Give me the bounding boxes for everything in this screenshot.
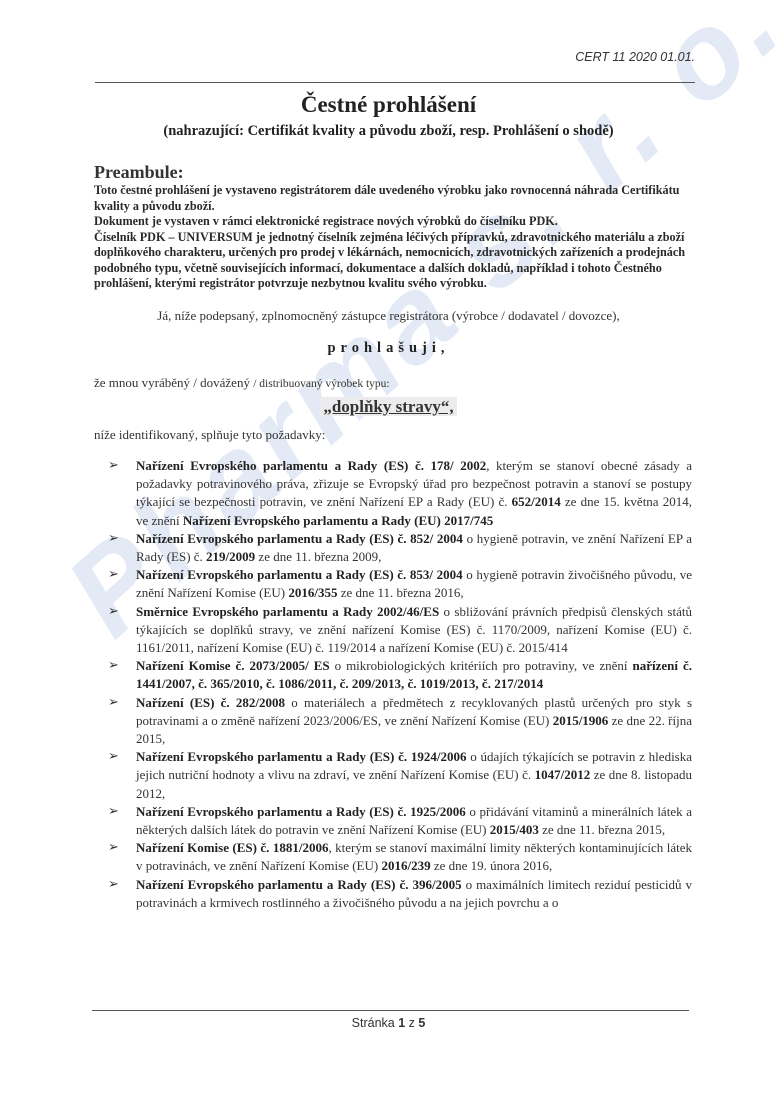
product-line-main: že mnou vyráběný / dovážený bbox=[94, 375, 253, 390]
requirement-regulation: Nařízení Evropského parlamentu a Rady (E… bbox=[136, 531, 463, 546]
requirement-regulation: 1047/2012 bbox=[535, 767, 591, 782]
product-type: „doplňky stravy“, bbox=[0, 397, 777, 417]
requirement-text: ze dne 19. února 2016, bbox=[431, 858, 553, 873]
requirement-regulation: Nařízení (ES) č. 282/2008 bbox=[136, 695, 285, 710]
requirement-item: ➢Nařízení Evropského parlamentu a Rady (… bbox=[108, 566, 692, 602]
requirement-item: ➢Nařízení Evropského parlamentu a Rady (… bbox=[108, 530, 692, 566]
preamble-paragraph: Číselník PDK – UNIVERSUM je jednotný čís… bbox=[94, 230, 714, 292]
preamble-body: Toto čestné prohlášení je vystaveno regi… bbox=[94, 183, 714, 292]
arrow-bullet-icon: ➢ bbox=[108, 803, 119, 821]
product-line-small: / distribuovaný výrobek typu: bbox=[253, 378, 389, 390]
requirements-list: ➢Nařízení Evropského parlamentu a Rady (… bbox=[108, 457, 692, 912]
requirement-regulation: Směrnice Evropského parlamentu a Rady 20… bbox=[136, 604, 439, 619]
product-type-value: „doplňky stravy“, bbox=[320, 397, 456, 416]
page-separator: z bbox=[409, 1016, 415, 1030]
header-divider bbox=[95, 82, 695, 83]
arrow-bullet-icon: ➢ bbox=[108, 694, 119, 712]
requirement-regulation: Nařízení Evropského parlamentu a Rady (E… bbox=[136, 877, 462, 892]
requirement-text: o mikrobiologických kritériích pro potra… bbox=[330, 658, 633, 673]
requirements-intro: níže identifikovaný, splňuje tyto požada… bbox=[94, 427, 325, 443]
page-label: Stránka bbox=[352, 1016, 395, 1030]
requirement-regulation: 2016/355 bbox=[288, 585, 337, 600]
arrow-bullet-icon: ➢ bbox=[108, 657, 119, 675]
preamble-heading: Preambule: bbox=[94, 162, 184, 183]
product-line: že mnou vyráběný / dovážený / distribuov… bbox=[94, 375, 390, 391]
requirement-regulation: Nařízení Komise (ES) č. 1881/2006 bbox=[136, 840, 328, 855]
arrow-bullet-icon: ➢ bbox=[108, 876, 119, 894]
requirement-item: ➢Nařízení Evropského parlamentu a Rady (… bbox=[108, 876, 692, 912]
requirement-item: ➢Nařízení Komise (ES) č. 1881/2006, kter… bbox=[108, 839, 692, 875]
requirement-regulation: Nařízení Evropského parlamentu a Rady (E… bbox=[136, 749, 466, 764]
requirement-item: ➢Nařízení Evropského parlamentu a Rady (… bbox=[108, 457, 692, 530]
preamble-paragraph: Dokument je vystaven v rámci elektronick… bbox=[94, 214, 714, 230]
requirement-regulation: 2015/403 bbox=[490, 822, 539, 837]
arrow-bullet-icon: ➢ bbox=[108, 457, 119, 475]
requirement-regulation: Nařízení Evropského parlamentu a Rady (E… bbox=[136, 458, 486, 473]
requirement-item: ➢Směrnice Evropského parlamentu a Rady 2… bbox=[108, 603, 692, 658]
footer-divider bbox=[92, 1010, 689, 1011]
requirement-regulation: 2016/239 bbox=[381, 858, 430, 873]
page-indicator: Stránka 1 z 5 bbox=[0, 1016, 777, 1030]
arrow-bullet-icon: ➢ bbox=[108, 748, 119, 766]
requirement-text: ze dne 11. března 2015, bbox=[539, 822, 665, 837]
page-total: 5 bbox=[418, 1016, 425, 1030]
requirement-item: ➢Nařízení (ES) č. 282/2008 o materiálech… bbox=[108, 694, 692, 749]
requirement-regulation: Nařízení Komise č. 2073/2005/ ES bbox=[136, 658, 330, 673]
arrow-bullet-icon: ➢ bbox=[108, 839, 119, 857]
requirement-regulation: 219/2009 bbox=[206, 549, 255, 564]
requirement-item: ➢Nařízení Evropského parlamentu a Rady (… bbox=[108, 748, 692, 803]
arrow-bullet-icon: ➢ bbox=[108, 603, 119, 621]
requirement-item: ➢Nařízení Evropského parlamentu a Rady (… bbox=[108, 803, 692, 839]
requirement-text: ze dne 11. března 2016, bbox=[337, 585, 463, 600]
declaration-verb: prohlašuji, bbox=[0, 340, 777, 357]
requirement-regulation: Nařízení Evropského parlamentu a Rady (E… bbox=[183, 513, 493, 528]
requirement-regulation: Nařízení Evropského parlamentu a Rady (E… bbox=[136, 804, 466, 819]
preamble-paragraph: Toto čestné prohlášení je vystaveno regi… bbox=[94, 183, 714, 214]
declaration-intro: Já, níže podepsaný, zplnomocněný zástupc… bbox=[0, 308, 777, 324]
requirement-text: ze dne 11. března 2009, bbox=[255, 549, 381, 564]
requirement-regulation: Nařízení Evropského parlamentu a Rady (E… bbox=[136, 567, 463, 582]
arrow-bullet-icon: ➢ bbox=[108, 530, 119, 548]
requirement-regulation: 2015/1906 bbox=[553, 713, 609, 728]
page-current: 1 bbox=[398, 1016, 405, 1030]
requirement-item: ➢Nařízení Komise č. 2073/2005/ ES o mikr… bbox=[108, 657, 692, 693]
document-subtitle: (nahrazující: Certifikát kvality a původ… bbox=[0, 123, 777, 140]
requirement-regulation: 652/2014 bbox=[512, 494, 561, 509]
certificate-code: CERT 11 2020 01.01. bbox=[575, 50, 695, 64]
arrow-bullet-icon: ➢ bbox=[108, 566, 119, 584]
document-title: Čestné prohlášení bbox=[0, 92, 777, 118]
